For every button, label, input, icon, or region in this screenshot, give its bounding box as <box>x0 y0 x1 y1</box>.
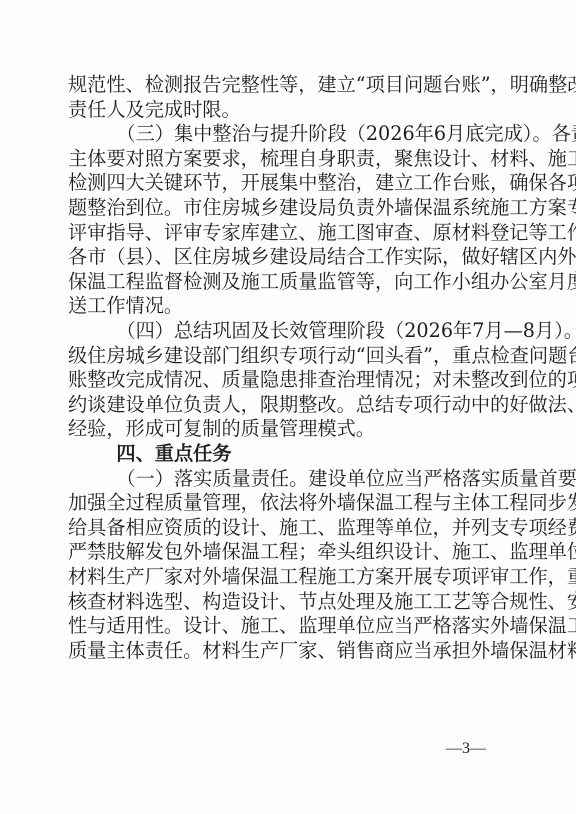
text-line: 检测四大关键环节，开展集中整治，建立工作台账，确保各项问 <box>68 171 504 195</box>
document-page: 规范性、检测报告完整性等，建立“项目问题台账”，明确整改责任人及完成时限。（三）… <box>0 0 576 814</box>
section-heading: 四、重点任务 <box>116 442 504 466</box>
text-line: 保温工程监督检测及施工质量监管等，向工作小组办公室月度报 <box>68 270 504 294</box>
text-line: 责任人及完成时限。 <box>68 98 504 122</box>
text-line: （四）总结巩固及长效管理阶段（2026年7月—8月）。各 <box>116 319 504 343</box>
text-line: （三）集中整治与提升阶段（2026年6月底完成）。各责任 <box>116 122 504 146</box>
text-line: 题整治到位。市住房城乡建设局负责外墙保温系统施工方案专项 <box>68 196 504 220</box>
text-line: （一）落实质量责任。建设单位应当严格落实质量首要责任， <box>116 467 504 491</box>
text-line: 账整改完成情况、质量隐患排查治理情况；对未整改到位的项目， <box>68 368 504 392</box>
text-line: 约谈建设单位负责人，限期整改。总结专项行动中的好做法、好 <box>68 393 504 417</box>
text-line: 核查材料选型、构造设计、节点处理及施工工艺等合规性、安全 <box>68 590 504 614</box>
text-line: 送工作情况。 <box>68 294 504 318</box>
text-line: 各市（县）、区住房城乡建设局结合工作实际，做好辖区内外墙 <box>68 245 504 269</box>
text-line: 级住房城乡建设部门组织专项行动“回头看”，重点检查问题台 <box>68 344 504 368</box>
text-line: 主体要对照方案要求，梳理自身职责，聚焦设计、材料、施工、 <box>68 147 504 171</box>
text-line: 性与适用性。设计、施工、监理单位应当严格落实外墙保温工程 <box>68 614 504 638</box>
text-line: 加强全过程质量管理，依法将外墙保温工程与主体工程同步发包 <box>68 491 504 515</box>
text-line: 规范性、检测报告完整性等，建立“项目问题台账”，明确整改 <box>68 73 504 97</box>
page-number: —3— <box>446 740 486 758</box>
text-line: 经验，形成可复制的质量管理模式。 <box>68 417 504 441</box>
text-line: 给具备相应资质的设计、施工、监理等单位，并列支专项经费， <box>68 516 504 540</box>
text-line: 质量主体责任。材料生产厂家、销售商应当承担外墙保温材料产 <box>68 639 504 663</box>
text-line: 评审指导、评审专家库建立、施工图审查、原材料登记等工作； <box>68 221 504 245</box>
text-line: 材料生产厂家对外墙保温工程施工方案开展专项评审工作，重点 <box>68 565 504 589</box>
text-line: 严禁肢解发包外墙保温工程；牵头组织设计、施工、监理单位和 <box>68 540 504 564</box>
